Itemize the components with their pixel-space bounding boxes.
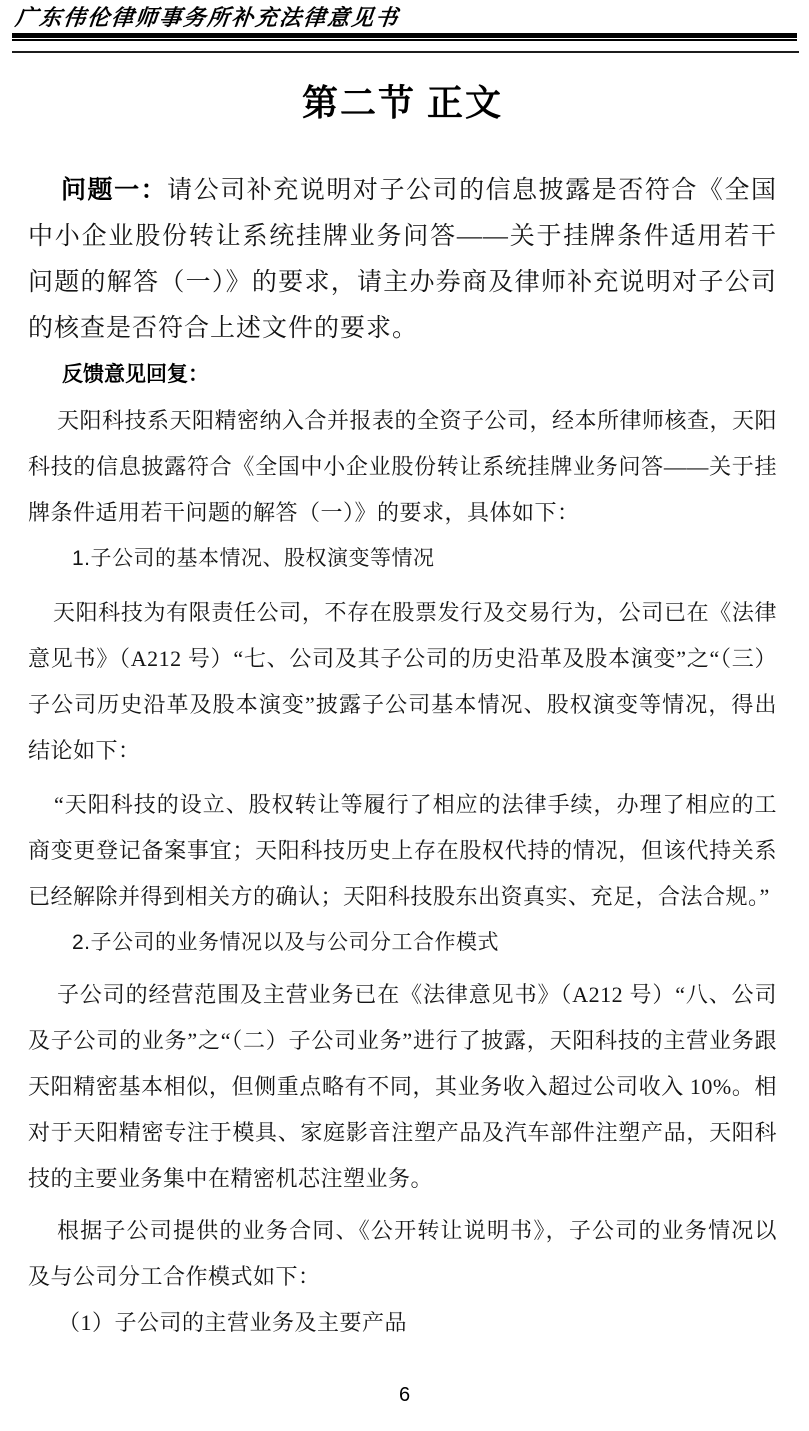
item2-heading: 2.子公司的业务情况以及与公司分工合作模式 [28, 920, 777, 966]
question-label: 问题一： [61, 176, 167, 204]
document-page: { "document": { "header": { "title": "广东… [0, 0, 809, 1431]
reply-heading: 反馈意见回复： [28, 352, 777, 398]
item2-subheading: （1）子公司的主营业务及主要产品 [28, 1300, 777, 1346]
item1-heading: 1.子公司的基本情况、股权演变等情况 [28, 536, 777, 582]
page-footer: 6 [0, 1384, 809, 1407]
header-rule-single [12, 51, 799, 53]
page-number: 6 [399, 1384, 410, 1406]
item1-paragraph: 天阳科技为有限责任公司，不存在股票发行及交易行为，公司已在《法律意见书》（A21… [28, 590, 777, 774]
header-title: 广东伟伦律师事务所补充法律意见书 [14, 5, 809, 31]
item2-paragraph-2: 根据子公司提供的业务合同、《公开转让说明书》，子公司的业务情况以及与公司分工合作… [28, 1208, 777, 1300]
item2-paragraph-1: 子公司的经营范围及主营业务已在《法律意见书》（A212 号）“八、公司及子公司的… [28, 972, 777, 1202]
item1-quote-paragraph: “天阳科技的设立、股权转让等履行了相应的法律手续，办理了相应的工商变更登记备案事… [28, 782, 777, 920]
section-title: 第二节 正文 [28, 81, 777, 125]
document-body: 第二节 正文 问题一：请公司补充说明对子公司的信息披露是否符合《全国中小企业股份… [0, 81, 809, 1346]
question-paragraph: 问题一：请公司补充说明对子公司的信息披露是否符合《全国中小企业股份转让系统挂牌业… [28, 167, 777, 352]
page-header: 广东伟伦律师事务所补充法律意见书 [0, 0, 809, 53]
header-rule-thick [12, 33, 797, 38]
header-rule-thin [12, 39, 797, 41]
reply-intro-paragraph: 天阳科技系天阳精密纳入合并报表的全资子公司，经本所律师核查，天阳科技的信息披露符… [28, 398, 777, 536]
